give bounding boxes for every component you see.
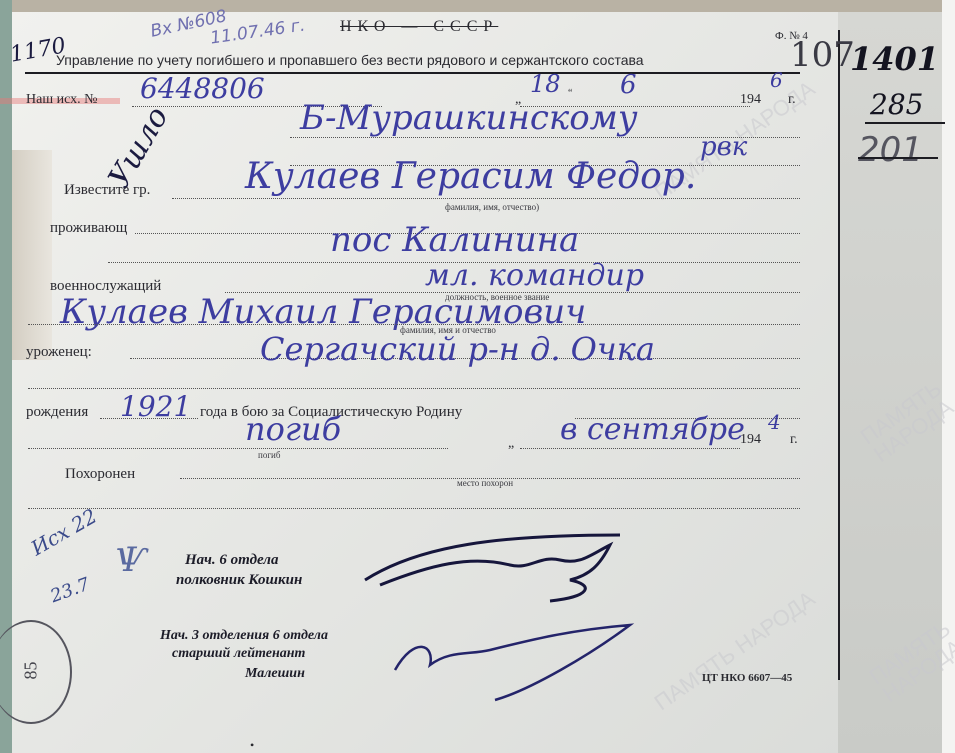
caption-burial: место похорон [457, 478, 513, 488]
serviceman-rank: мл. командир [425, 258, 644, 293]
birth-label: рождения [26, 404, 88, 421]
outgoing-label: Наш исх. № [26, 92, 97, 108]
residing-value: пос Калинина [330, 220, 579, 260]
signatory2-rank: старший лейтенант [172, 646, 305, 662]
death-quote: „ [508, 436, 514, 452]
outgoing-number: 6448806 [140, 72, 265, 105]
right-margin-n1: 107 [790, 35, 855, 75]
dotted-line [28, 448, 448, 449]
signature-2 [390, 595, 670, 705]
recipient-line1: Б-Мурашкинскому [300, 98, 638, 138]
caption-fio: фамилия, имя, отчество) [445, 202, 539, 212]
right-margin-n4: 201 [858, 130, 923, 170]
death-year-prefix: 194 [740, 432, 761, 448]
right-margin-n2: 1401 [850, 40, 939, 78]
fate-value: погиб [245, 410, 341, 448]
right-margin-n3: 285 [870, 88, 923, 121]
torn-edge [12, 150, 52, 360]
death-year-suffix: 4 [768, 410, 781, 434]
archive-stamp-number: 85 [21, 662, 42, 680]
caption-fate: погиб [258, 450, 280, 460]
death-year-unit: г. [790, 432, 798, 448]
date-day: 18 [530, 70, 561, 98]
signature-1 [360, 525, 640, 605]
native-label: уроженец: [26, 344, 92, 361]
print-code: ЦТ НКО 6607—45 [702, 672, 792, 684]
serviceman-name: Кулаев Михаил Герасимович [60, 292, 586, 332]
fraction-rule-2 [858, 157, 938, 159]
signatory1-name: полковник Кошкин [176, 572, 302, 589]
buried-label: Похоронен [65, 466, 135, 483]
residing-label: проживающ [50, 220, 127, 237]
date-year-unit: г. [788, 92, 796, 108]
death-date: в сентябре [560, 412, 745, 447]
right-edge [942, 0, 955, 753]
native-value: Сергачский р-н д. Очка [260, 330, 655, 368]
dotted-line [28, 508, 800, 509]
notify-label: Известите гр. [64, 182, 150, 199]
signatory2-title: Нач. 3 отделения 6 отдела [160, 628, 328, 644]
dotted-line [28, 388, 800, 389]
dot: • [250, 738, 254, 753]
dotted-line [520, 448, 740, 449]
date-month: 6 [620, 70, 637, 100]
initials-mark: Ѱ [115, 540, 147, 580]
signatory1-title: Нач. 6 отдела [185, 552, 279, 569]
signatory2-name: Малешин [245, 666, 305, 682]
fraction-rule [865, 122, 945, 124]
notify-name: Кулаев Герасим Федор. [245, 156, 696, 197]
margin-divider [838, 30, 840, 680]
header-title: Управление по учету погибшего и пропавше… [56, 52, 644, 68]
birth-year: 1921 [120, 390, 191, 423]
date-year-suffix: 6 [770, 68, 783, 92]
recipient-line2: рвк [700, 132, 747, 162]
dotted-line [172, 198, 800, 199]
issuer-struck: НКО — СССР [340, 18, 498, 36]
date-year-prefix: 194 [740, 92, 761, 108]
